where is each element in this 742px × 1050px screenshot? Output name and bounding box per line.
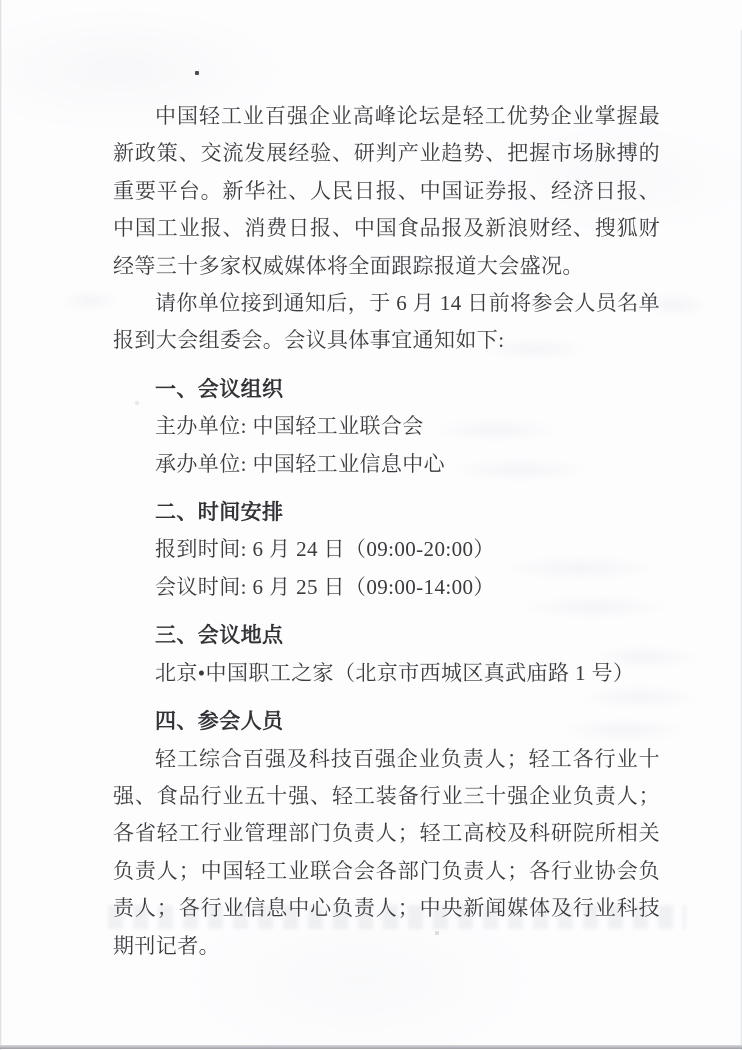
section-heading-attendees: 四、参会人员 bbox=[113, 703, 660, 740]
scan-edge-bottom bbox=[0, 1045, 742, 1049]
bleed-through-artifact bbox=[60, 290, 120, 312]
meeting-time-line: 会议时间: 6 月 25 日（09:00-14:00） bbox=[113, 569, 660, 606]
ink-speck-artifact bbox=[195, 71, 199, 75]
host-unit-line: 主办单位: 中国轻工业联合会 bbox=[113, 408, 660, 445]
venue-address-line: 北京•中国职工之家（北京市西城区真武庙路 1 号） bbox=[113, 655, 660, 692]
scanned-document-page: 中国轻工业百强企业高峰论坛是轻工优势企业掌握最新政策、交流发展经验、研判产业趋势… bbox=[0, 0, 742, 1050]
scan-edge-left bbox=[0, 0, 2, 1050]
section-heading-schedule: 二、时间安排 bbox=[113, 494, 660, 531]
organizer-unit-line: 承办单位: 中国轻工业信息中心 bbox=[113, 446, 660, 483]
section-heading-venue: 三、会议地点 bbox=[113, 617, 660, 654]
registration-paragraph: 请你单位接到通知后，于 6 月 14 日前将参会人员名单报到大会组委会。会议具体… bbox=[113, 285, 660, 360]
intro-paragraph: 中国轻工业百强企业高峰论坛是轻工优势企业掌握最新政策、交流发展经验、研判产业趋势… bbox=[113, 98, 660, 285]
attendees-paragraph: 轻工综合百强及科技百强企业负责人；轻工各行业十强、食品行业五十强、轻工装备行业三… bbox=[113, 741, 660, 965]
section-heading-organization: 一、会议组织 bbox=[113, 371, 660, 408]
document-body: 中国轻工业百强企业高峰论坛是轻工优势企业掌握最新政策、交流发展经验、研判产业趋势… bbox=[113, 98, 660, 965]
checkin-time-line: 报到时间: 6 月 24 日（09:00-20:00） bbox=[113, 531, 660, 568]
